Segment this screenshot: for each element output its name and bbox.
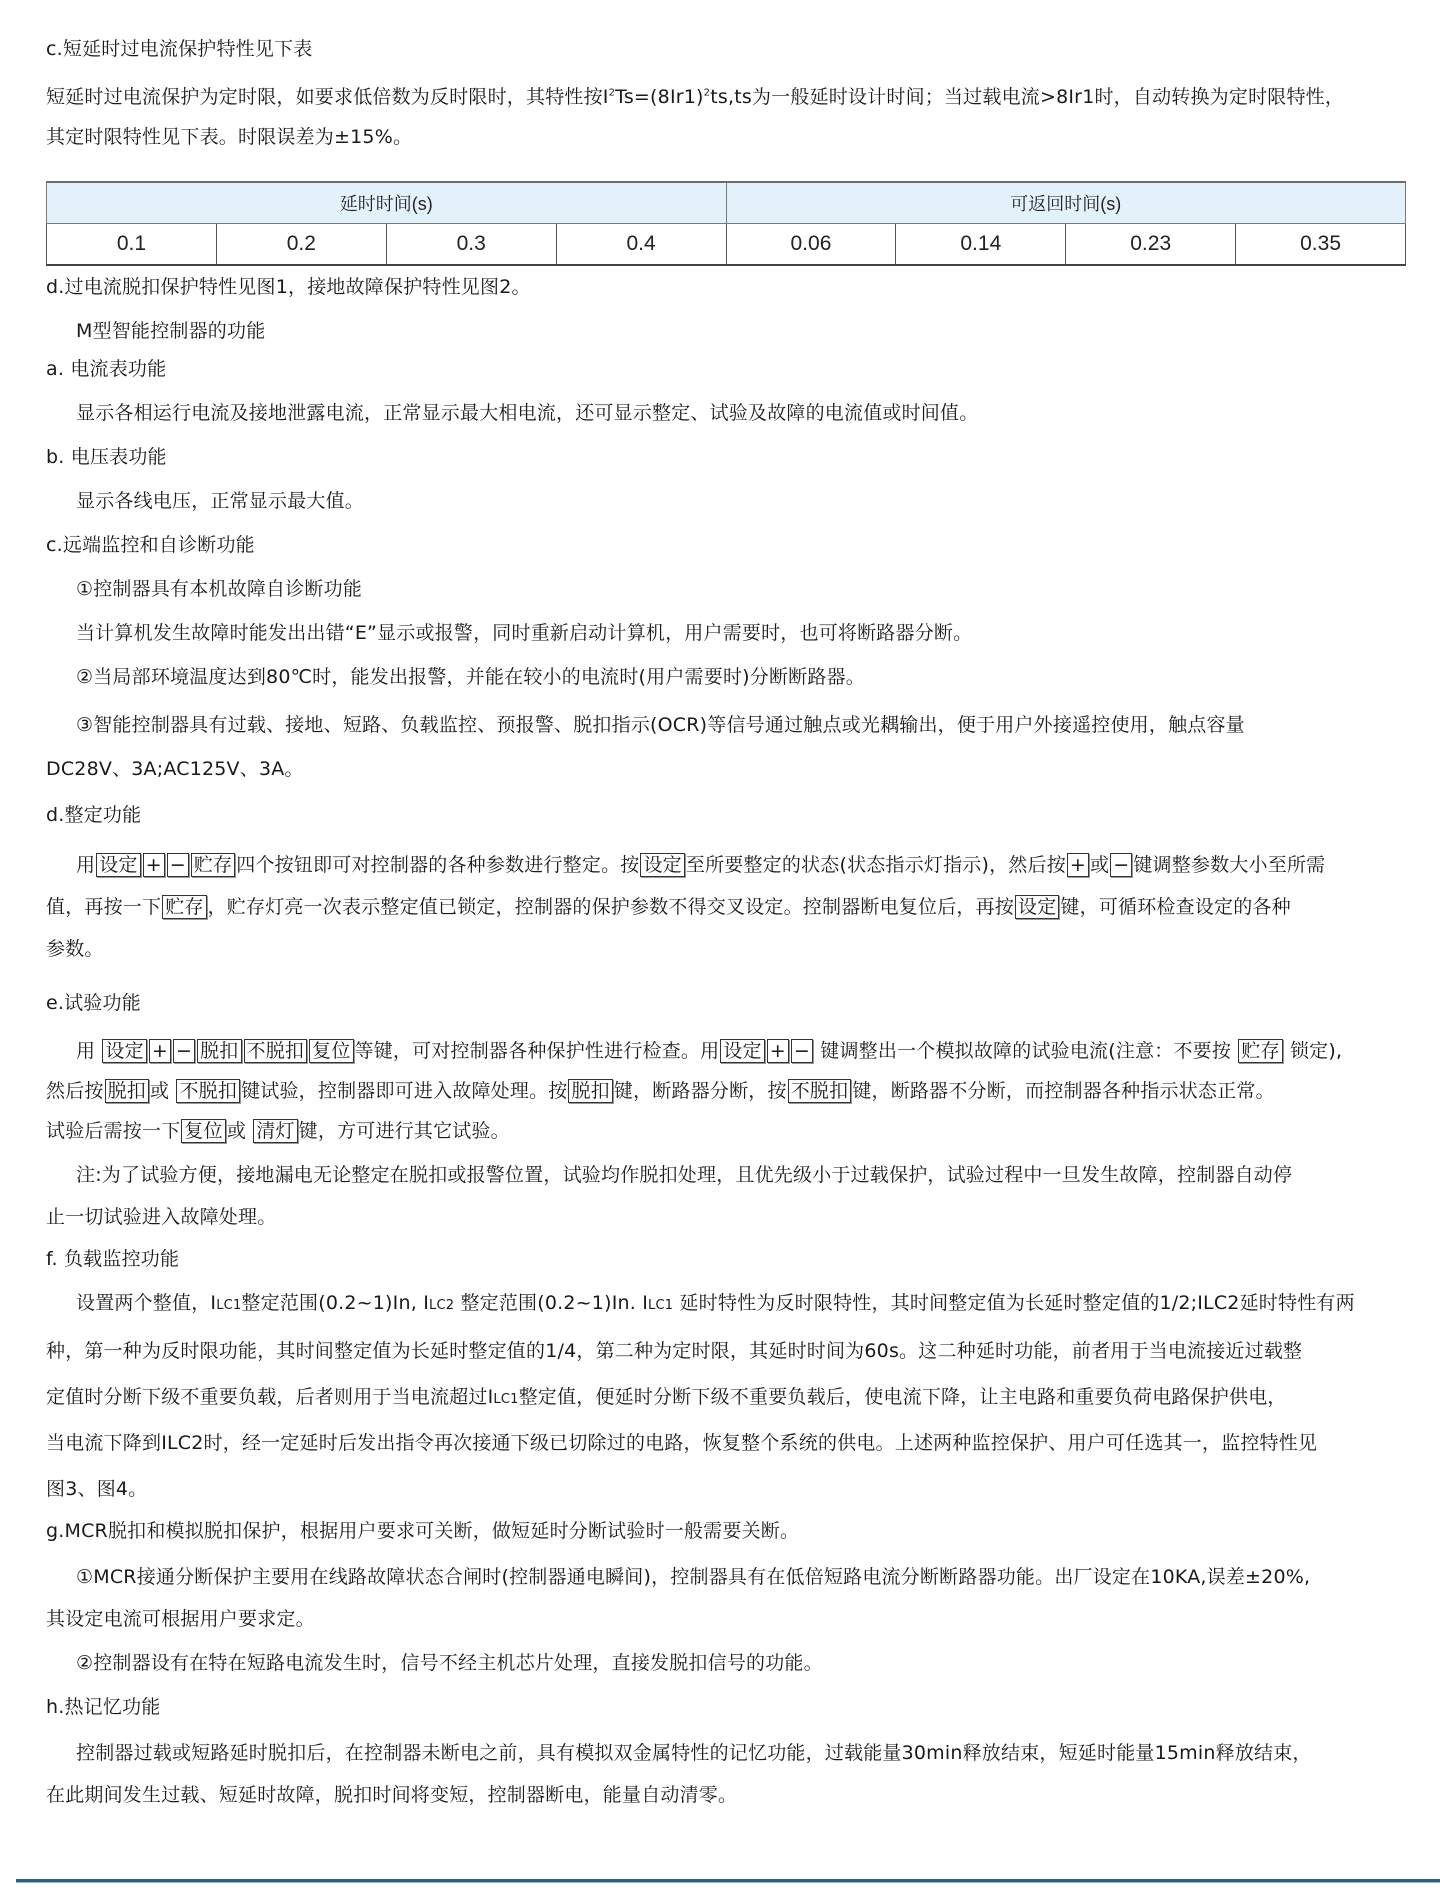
function-h-heading: h.热记忆功能 [46, 1694, 1424, 1720]
section-d-overcurrent: d.过电流脱扣保护特性见图1，接地故障保护特性见图2。 [46, 274, 1424, 300]
return-time-cell: 0.35 [1236, 224, 1406, 266]
key-plus: + [149, 1039, 171, 1063]
text-fragment: 然后按 [46, 1080, 104, 1102]
delay-time-cell: 0.3 [386, 224, 556, 266]
header-delay-time: 延时时间(s) [47, 182, 727, 224]
function-c-heading: c.远端监控和自诊断功能 [46, 532, 1424, 558]
function-c-item2: ②当局部环境温度达到80℃时，能发出报警，并能在较小的电流时(用户需要时)分断断… [76, 664, 1424, 690]
function-e-line1: 用 设定+−脱扣不脱扣复位等键，可对控制器各种保护性进行检查。用设定+− 键调整… [76, 1038, 1424, 1064]
function-d-line3: 参数。 [46, 936, 1424, 962]
text-fragment: 或 [150, 1080, 169, 1102]
key-minus: − [1110, 853, 1132, 877]
key-reset: 复位 [309, 1039, 353, 1063]
function-e-note-line1: 注:为了试验方便，接地漏电无论整定在脱扣或报警位置，试验均作脱扣处理，且优先级小… [76, 1162, 1424, 1188]
subscript-lc2: LC2 [429, 1298, 454, 1313]
short-delay-table: 延时时间(s) 可返回时间(s) 0.1 0.2 0.3 0.4 0.06 0.… [46, 181, 1406, 266]
footer-divider [16, 1879, 1440, 1883]
key-minus: − [173, 1039, 195, 1063]
text-fragment: ，贮存灯亮一次表示整定值已锁定，控制器的保护参数不得交叉设定。控制器断电复位后，… [208, 896, 1014, 918]
key-clear-light: 清灯 [253, 1119, 297, 1143]
text-fragment: 等键，可对控制器各种保护性进行检查。用 [355, 1040, 720, 1062]
text-fragment: 四个按钮即可对控制器的各种参数进行整定。按 [236, 854, 639, 876]
text-fragment: 整定值，便延时分断下级不重要负载后，使电流下降，让主电路和重要负荷电路保护供电， [519, 1386, 1287, 1408]
text-fragment: 值，再按一下 [46, 896, 161, 918]
function-g-item1-line2: 其设定电流可根据用户要求定。 [46, 1606, 1424, 1632]
function-f-line1: 设置两个整值，ILC1整定范围(0.2~1)In, ILC2 整定范围(0.2~… [76, 1290, 1424, 1319]
function-g-item2: ②控制器设有在特在短路电流发生时，信号不经主机芯片处理，直接发脱扣信号的功能。 [76, 1650, 1424, 1676]
text-fragment: 键，断路器分断，按 [614, 1080, 787, 1102]
text-fragment: 整定范围(0.2~1)In, I [241, 1292, 429, 1314]
key-trip: 脱扣 [197, 1039, 241, 1063]
key-reset: 复位 [181, 1119, 225, 1143]
text-fragment: 试验后需按一下 [46, 1120, 180, 1142]
function-c-item3-line2: DC28V、3A;AC125V、3A。 [46, 756, 1424, 782]
key-plus: + [767, 1039, 789, 1063]
text-fragment: 键调整参数大小至所需 [1133, 854, 1325, 876]
text-fragment: 键，可循环检查设定的各种 [1060, 896, 1290, 918]
key-set: 设定 [640, 853, 684, 877]
function-f-heading: f. 负载监控功能 [46, 1246, 1424, 1272]
key-store: 贮存 [191, 853, 235, 877]
text-fragment: 锁定), [1290, 1040, 1342, 1062]
text-fragment: 键调整出一个模拟故障的试验电流(注意：不要按 [820, 1040, 1231, 1062]
text-fragment: 用 [76, 854, 95, 876]
return-time-cell: 0.06 [726, 224, 896, 266]
function-f-line3: 定值时分断下级不重要负载，后者则用于当电流超过ILC1整定值，便延时分断下级不重… [46, 1384, 1424, 1413]
text-fragment: 或 [227, 1120, 246, 1142]
section-c-paragraph-line2: 其定时限特性见下表。时限误差为±15%。 [46, 124, 1424, 150]
function-d-heading: d.整定功能 [46, 802, 1424, 828]
key-store: 贮存 [1238, 1039, 1282, 1063]
key-plus: + [1067, 853, 1089, 877]
delay-time-cell: 0.2 [216, 224, 386, 266]
key-set: 设定 [102, 1039, 146, 1063]
header-return-time: 可返回时间(s) [726, 182, 1406, 224]
return-time-cell: 0.14 [896, 224, 1066, 266]
key-no-trip: 不脱扣 [176, 1079, 240, 1103]
text-fragment: ts,ts为一般延时设计时间；当过载电流>8Ir1时，自动转换为定时限特性， [710, 86, 1344, 108]
key-store: 贮存 [162, 895, 206, 919]
subscript-lc1: LC1 [216, 1298, 241, 1313]
key-trip: 脱扣 [568, 1079, 612, 1103]
function-f-line5: 图3、图4。 [46, 1476, 1424, 1502]
function-h-line1: 控制器过载或短路延时脱扣后，在控制器未断电之前，具有模拟双金属特性的记忆功能，过… [76, 1740, 1424, 1766]
function-f-line2: 种，第一种为反时限功能，其时间整定值为长延时整定值的1/4，第二种为定时限，其延… [46, 1338, 1424, 1364]
key-set: 设定 [1015, 895, 1059, 919]
text-fragment: 用 [76, 1040, 95, 1062]
delay-time-cell: 0.4 [556, 224, 726, 266]
function-g-item1-line1: ①MCR接通分断保护主要用在线路故障状态合闸时(控制器通电瞬间)，控制器具有在低… [76, 1564, 1424, 1590]
section-c-paragraph-line1: 短延时过电流保护为定时限，如要求低倍数为反时限时，其特性按I2Ts=(8Ir1)… [46, 84, 1424, 110]
function-d-line1: 用设定+−贮存四个按钮即可对控制器的各种参数进行整定。按设定至所要整定的状态(状… [76, 852, 1424, 878]
text-fragment: Ts=(8Ir1) [615, 86, 704, 108]
function-h-line2: 在此期间发生过载、短延时故障，脱扣时间将变短，控制器断电，能量自动清零。 [46, 1782, 1424, 1808]
key-plus: + [143, 853, 165, 877]
delay-time-cell: 0.1 [47, 224, 217, 266]
text-fragment: 键，断路器不分断，而控制器各种指示状态正常。 [852, 1080, 1274, 1102]
key-minus: − [167, 853, 189, 877]
return-time-cell: 0.23 [1066, 224, 1236, 266]
function-e-line2: 然后按脱扣或 不脱扣键试验，控制器即可进入故障处理。按脱扣键，断路器分断，按不脱… [46, 1078, 1424, 1104]
text-fragment: 至所要整定的状态(状态指示灯指示)，然后按 [686, 854, 1066, 876]
function-e-note-line2: 止一切试验进入故障处理。 [46, 1204, 1424, 1230]
key-minus: − [791, 1039, 813, 1063]
key-set: 设定 [96, 853, 140, 877]
function-e-line3: 试验后需按一下复位或 清灯键，方可进行其它试验。 [46, 1118, 1424, 1144]
table-row: 0.1 0.2 0.3 0.4 0.06 0.14 0.23 0.35 [47, 224, 1406, 266]
function-d-line2: 值，再按一下贮存，贮存灯亮一次表示整定值已锁定，控制器的保护参数不得交叉设定。控… [46, 894, 1424, 920]
text-fragment: 短延时过电流保护为定时限，如要求低倍数为反时限时，其特性按I [46, 86, 609, 108]
key-set: 设定 [720, 1039, 764, 1063]
function-b-text: 显示各线电压，正常显示最大值。 [76, 488, 1424, 514]
function-a-heading: a. 电流表功能 [46, 356, 1424, 382]
text-fragment: 整定范围(0.2~1)In. I [454, 1292, 648, 1314]
section-c-heading: c.短延时过电流保护特性见下表 [46, 36, 1424, 62]
function-b-heading: b. 电压表功能 [46, 444, 1424, 470]
subscript-lc1: LC1 [648, 1298, 673, 1313]
text-fragment: 设置两个整值，I [76, 1292, 216, 1314]
text-fragment: 键试验，控制器即可进入故障处理。按 [241, 1080, 567, 1102]
function-c-item1-text: 当计算机发生故障时能发出出错“E”显示或报警，同时重新启动计算机，用户需要时，也… [76, 620, 1424, 646]
function-c-item3-line1: ③智能控制器具有过载、接地、短路、负载监控、预报警、脱扣指示(OCR)等信号通过… [76, 712, 1424, 738]
m-functions-title: M型智能控制器的功能 [76, 318, 1424, 344]
text-fragment: 键，方可进行其它试验。 [299, 1120, 510, 1142]
function-f-line4: 当电流下降到ILC2时，经一定延时后发出指令再次接通下级已切除过的电路，恢复整个… [46, 1430, 1424, 1456]
subscript-lc1: LC1 [493, 1392, 518, 1407]
function-a-text: 显示各相运行电流及接地泄露电流，正常显示最大相电流，还可显示整定、试验及故障的电… [76, 400, 1424, 426]
function-g-heading: g.MCR脱扣和模拟脱扣保护，根据用户要求可关断，做短延时分断试验时一般需要关断… [46, 1518, 1424, 1544]
document-page: c.短延时过电流保护特性见下表 短延时过电流保护为定时限，如要求低倍数为反时限时… [0, 0, 1454, 1901]
text-fragment: 或 [1090, 854, 1109, 876]
function-c-item1-title: ①控制器具有本机故障自诊断功能 [76, 576, 1424, 602]
table-header-row: 延时时间(s) 可返回时间(s) [47, 182, 1406, 224]
function-e-heading: e.试验功能 [46, 990, 1424, 1016]
text-fragment: 延时特性为反时限特性，其时间整定值为长延时整定值的1/2;ILC2延时特性有两 [673, 1292, 1355, 1314]
key-no-trip: 不脱扣 [788, 1079, 852, 1103]
text-fragment: 定值时分断下级不重要负载，后者则用于当电流超过I [46, 1386, 493, 1408]
key-trip: 脱扣 [105, 1079, 149, 1103]
key-no-trip: 不脱扣 [244, 1039, 308, 1063]
